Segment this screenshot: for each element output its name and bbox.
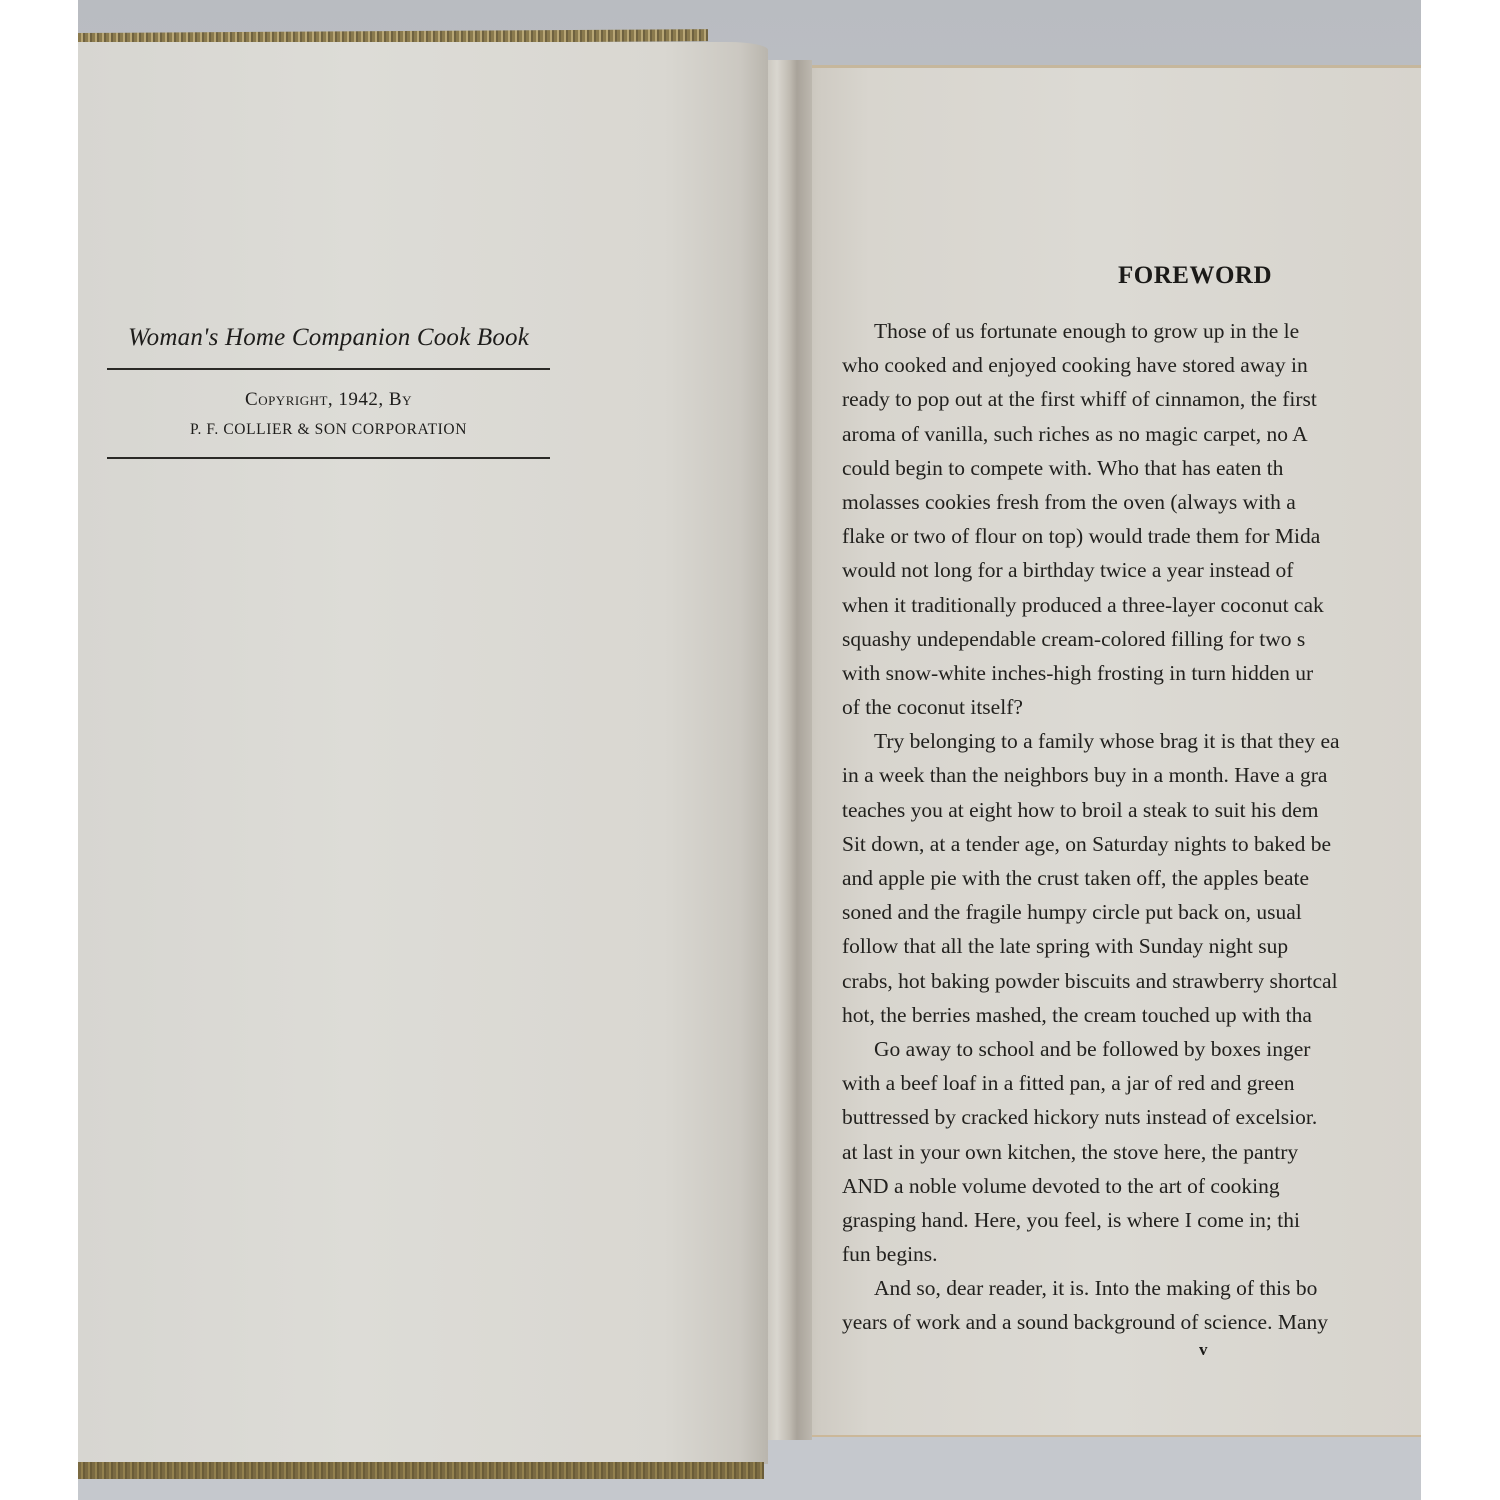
text-line: with a beef loaf in a fitted pan, a jar …	[842, 1066, 1421, 1100]
copyright-block: Woman's Home Companion Cook Book Copyrig…	[107, 318, 550, 459]
text-line: squashy undependable cream-colored filli…	[842, 622, 1421, 656]
text-line: flake or two of flour on top) would trad…	[842, 519, 1421, 553]
text-line: And so, dear reader, it is. Into the mak…	[842, 1271, 1421, 1305]
text-line: of the coconut itself?	[842, 690, 1421, 724]
text-line: Sit down, at a tender age, on Saturday n…	[842, 827, 1421, 861]
text-line: fun begins.	[842, 1237, 1421, 1271]
text-line: in a week than the neighbors buy in a mo…	[842, 758, 1421, 792]
text-line: Go away to school and be followed by box…	[842, 1032, 1421, 1066]
text-line: crabs, hot baking powder biscuits and st…	[842, 964, 1421, 998]
photo-frame: Woman's Home Companion Cook Book Copyrig…	[0, 0, 1421, 1500]
text-line: soned and the fragile humpy circle put b…	[842, 895, 1421, 929]
copyright-line: Copyright, 1942, By	[107, 385, 550, 415]
text-line: would not long for a birthday twice a ye…	[842, 553, 1421, 587]
text-line: years of work and a sound background of …	[842, 1305, 1421, 1339]
page-number: v	[1199, 1340, 1208, 1360]
left-page	[78, 42, 768, 1464]
foreword-body: Those of us fortunate enough to grow up …	[842, 314, 1421, 1340]
rule-divider	[107, 457, 550, 459]
text-line: molasses cookies fresh from the oven (al…	[842, 485, 1421, 519]
text-line: aroma of vanilla, such riches as no magi…	[842, 417, 1421, 451]
rule-divider	[107, 368, 550, 370]
text-line: follow that all the late spring with Sun…	[842, 929, 1421, 963]
text-line: AND a noble volume devoted to the art of…	[842, 1169, 1421, 1203]
text-line: buttressed by cracked hickory nuts inste…	[842, 1100, 1421, 1134]
text-line: ready to pop out at the first whiff of c…	[842, 382, 1421, 416]
book-gutter	[762, 60, 812, 1440]
text-line: Those of us fortunate enough to grow up …	[842, 314, 1421, 348]
text-line: at last in your own kitchen, the stove h…	[842, 1135, 1421, 1169]
text-line: who cooked and enjoyed cooking have stor…	[842, 348, 1421, 382]
text-line: grasping hand. Here, you feel, is where …	[842, 1203, 1421, 1237]
text-line: teaches you at eight how to broil a stea…	[842, 793, 1421, 827]
book-title: Woman's Home Companion Cook Book	[107, 318, 550, 358]
text-line: and apple pie with the crust taken off, …	[842, 861, 1421, 895]
text-line: with snow-white inches-high frosting in …	[842, 656, 1421, 690]
text-line: hot, the berries mashed, the cream touch…	[842, 998, 1421, 1032]
foreword-heading: FOREWORD	[1118, 262, 1272, 290]
text-line: Try belonging to a family whose brag it …	[842, 724, 1421, 758]
cover-cloth-bottom-edge	[78, 1462, 764, 1479]
text-line: could begin to compete with. Who that ha…	[842, 451, 1421, 485]
text-line: when it traditionally produced a three-l…	[842, 588, 1421, 622]
publisher-line: P. F. COLLIER & SON CORPORATION	[107, 415, 550, 445]
